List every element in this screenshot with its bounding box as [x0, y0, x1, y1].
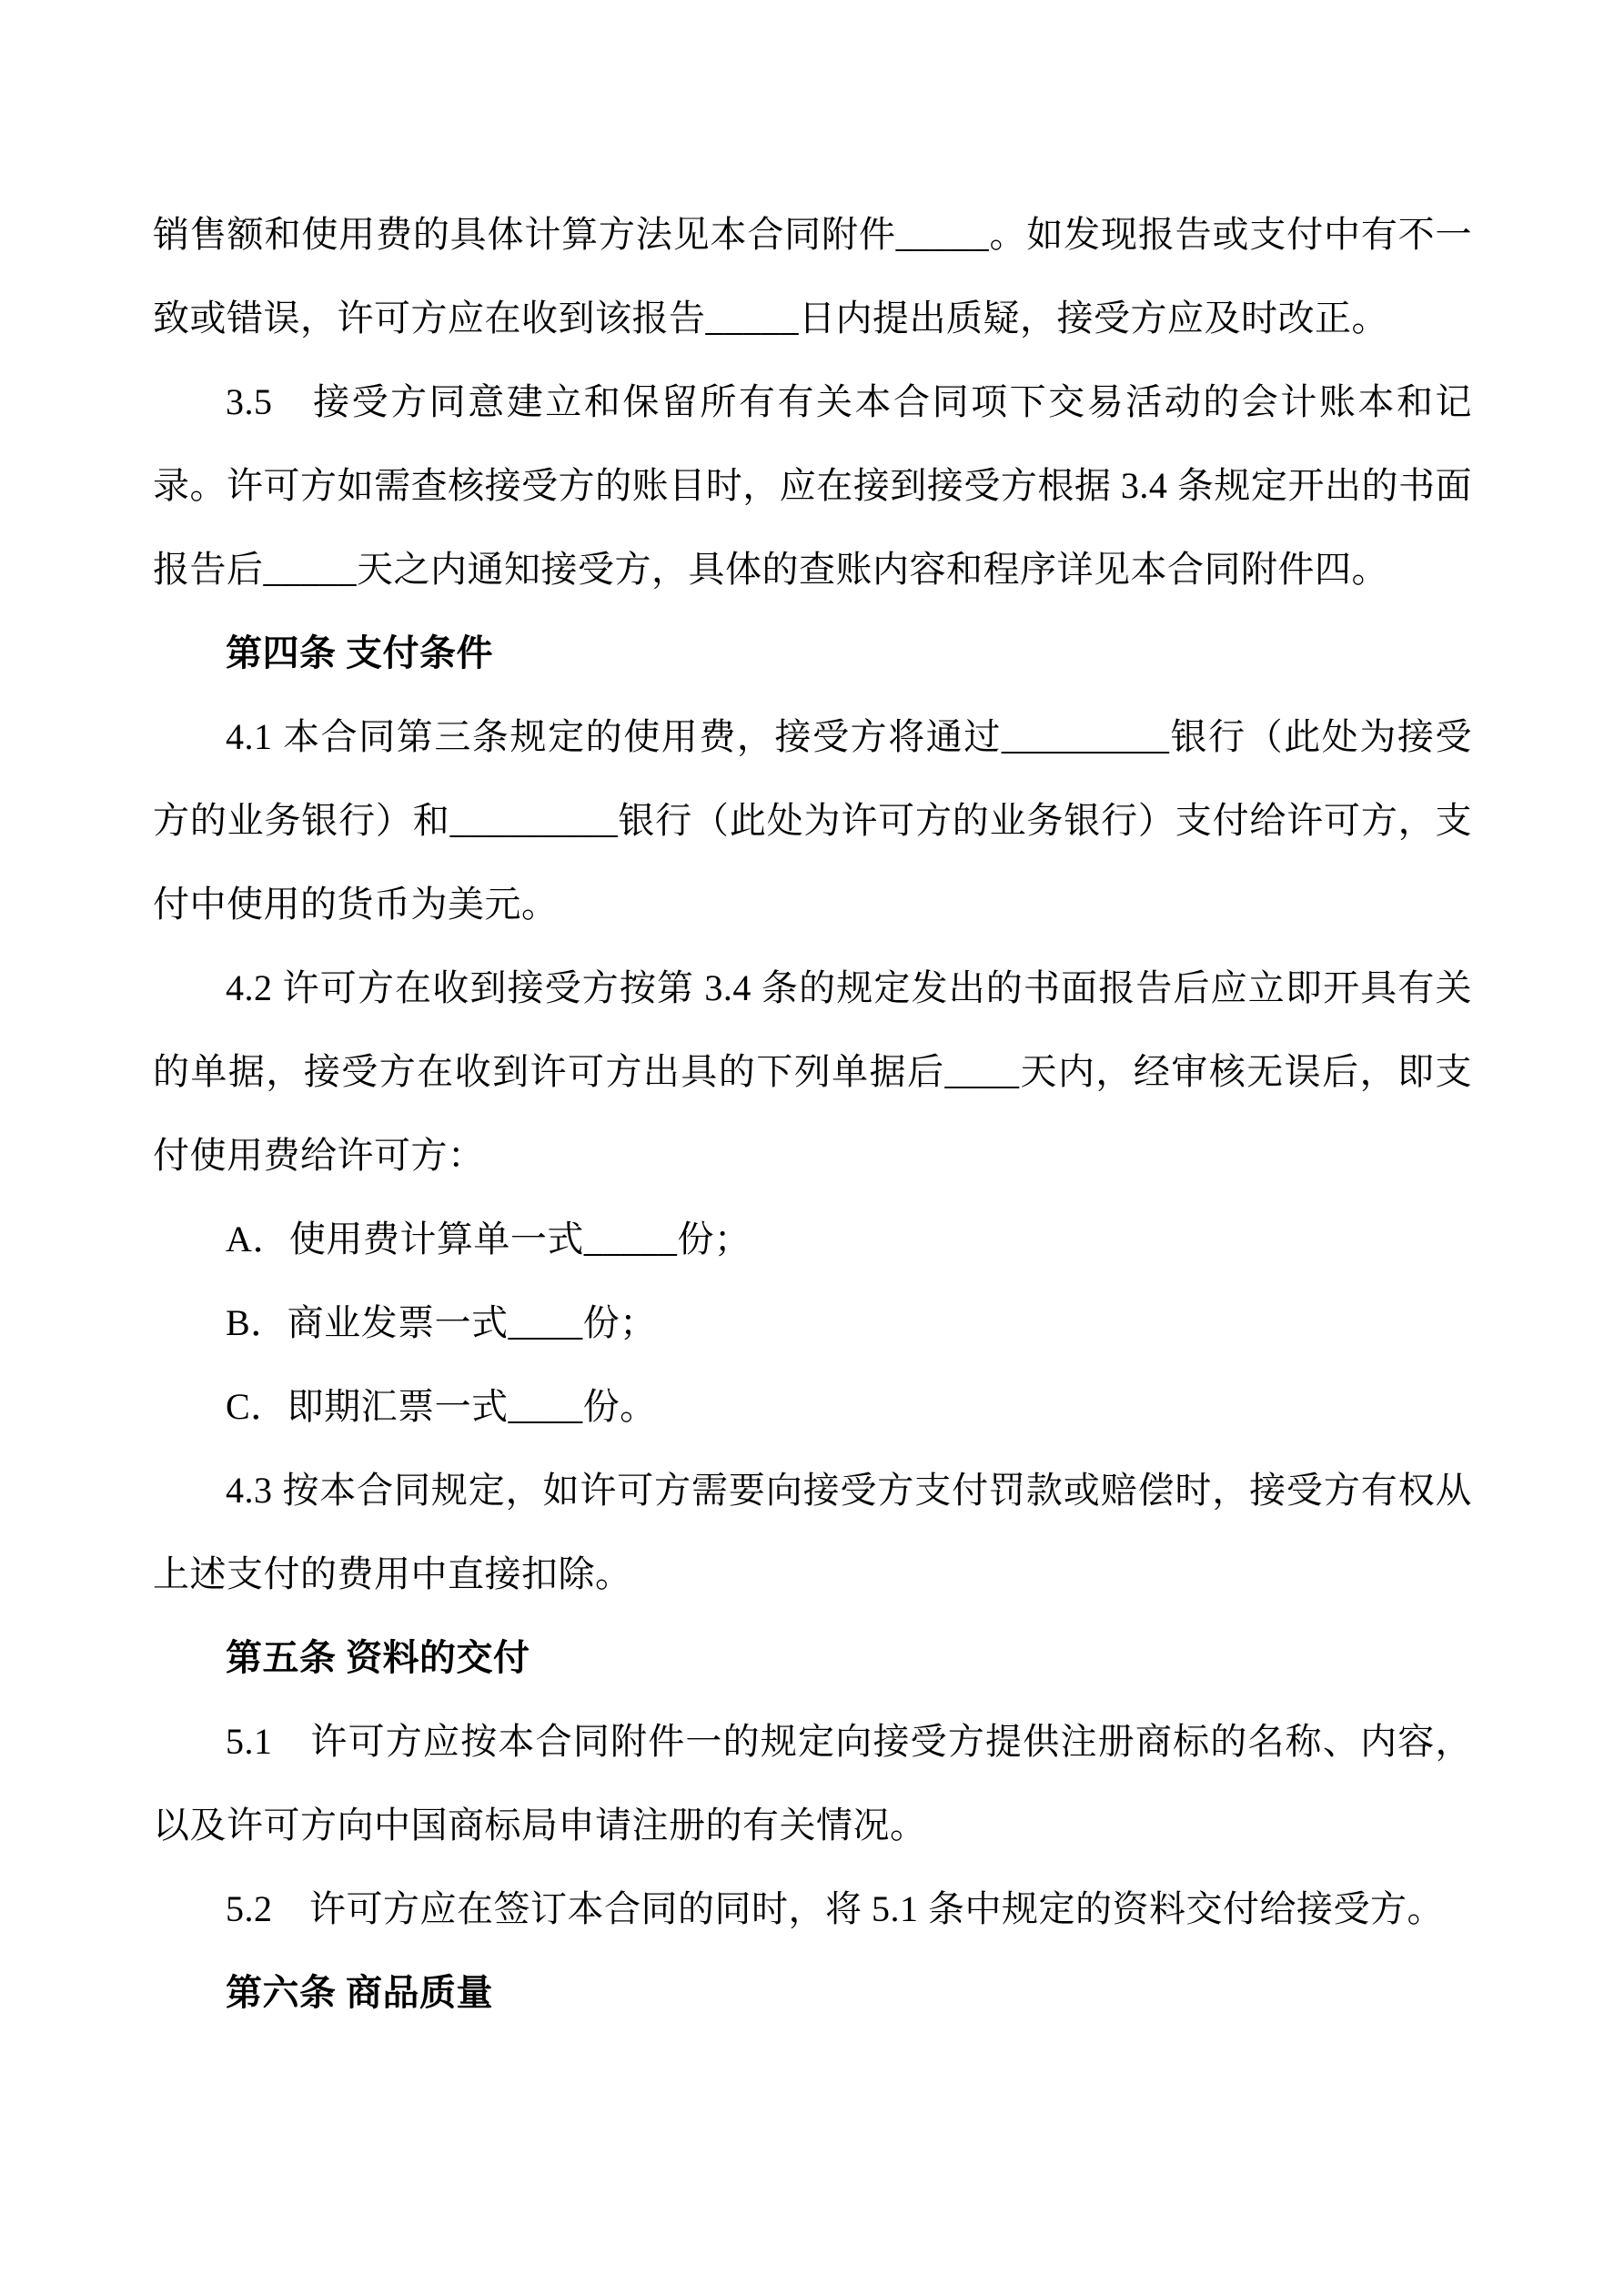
- clause-4-1: 4.1 本合同第三条规定的使用费，接受方将通过_________银行（此处为接受…: [153, 695, 1472, 946]
- clause-5-1: 5.1 许可方应按本合同附件一的规定向接受方提供注册商标的名称、内容，以及许可方…: [153, 1700, 1472, 1867]
- clause-4-2: 4.2 许可方在收到接受方按第 3.4 条的规定发出的书面报告后应立即开具有关的…: [153, 946, 1472, 1198]
- heading-article-6: 第六条 商品质量: [153, 1951, 1472, 2035]
- clause-3-5: 3.5 接受方同意建立和保留所有有关本合同项下交易活动的会计账本和记录。许可方如…: [153, 360, 1472, 612]
- heading-article-5: 第五条 资料的交付: [153, 1616, 1472, 1700]
- list-item-c: C．即期汇票一式____份。: [153, 1365, 1472, 1449]
- list-item-a: A．使用费计算单一式_____份；: [153, 1198, 1472, 1281]
- contract-body: 销售额和使用费的具体计算方法见本合同附件_____。如发现报告或支付中有不一致或…: [153, 193, 1472, 2035]
- clause-5-2: 5.2 许可方应在签订本合同的同时，将 5.1 条中规定的资料交付给接受方。: [153, 1867, 1472, 1951]
- clause-3-4-continuation: 销售额和使用费的具体计算方法见本合同附件_____。如发现报告或支付中有不一致或…: [153, 193, 1472, 360]
- list-item-b: B．商业发票一式____份；: [153, 1281, 1472, 1365]
- clause-4-3: 4.3 按本合同规定，如许可方需要向接受方支付罚款或赔偿时，接受方有权从上述支付…: [153, 1449, 1472, 1616]
- heading-article-4: 第四条 支付条件: [153, 612, 1472, 695]
- document-page: 销售额和使用费的具体计算方法见本合同附件_____。如发现报告或支付中有不一致或…: [0, 0, 1624, 2296]
